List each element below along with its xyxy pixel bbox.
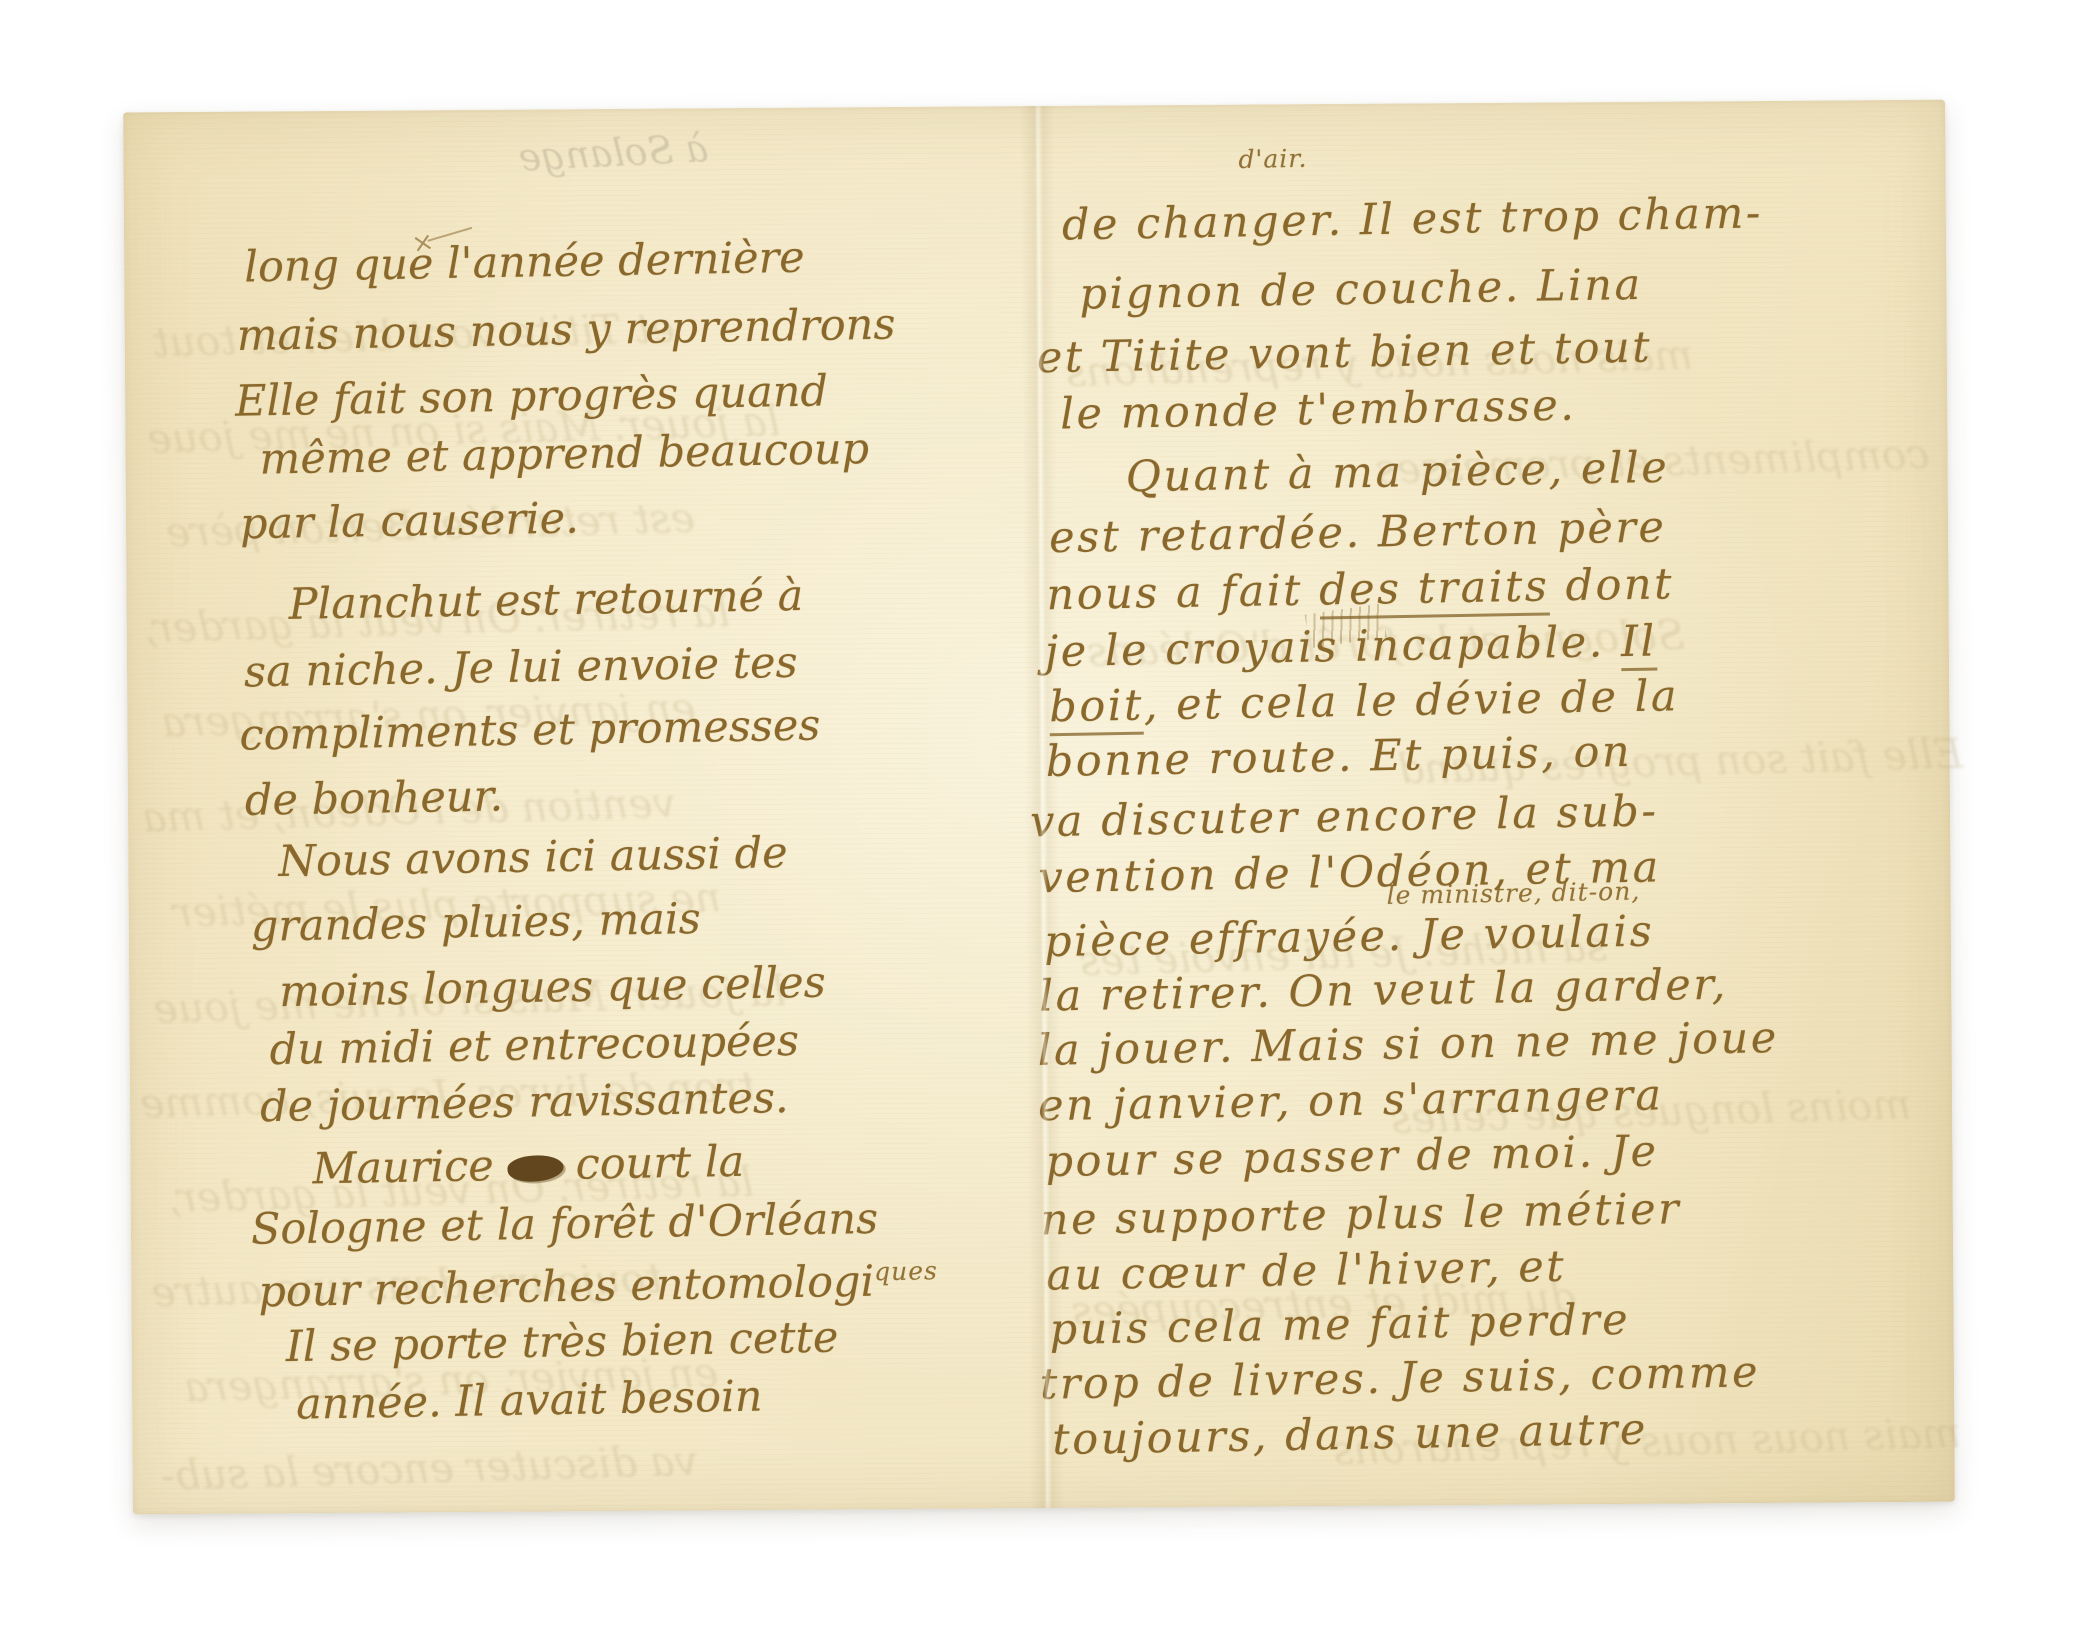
handwritten-line-left-13: du midi et entrecoupées [269, 1020, 799, 1072]
handwritten-line-left-9: de bonheur. [245, 775, 504, 822]
word-entomologiques: pour recherches entomologi [258, 1257, 875, 1318]
pencil-inscription-mirrored: à Solange [517, 126, 709, 180]
handwritten-line-right-1: de changer. Il est trop cham- [1062, 192, 1764, 247]
handwritten-line-right-22: toujours, dans une autre [1052, 1409, 1648, 1462]
handwritten-line-right-8: je le croyais incapable. Il [1045, 620, 1658, 674]
photograph-background: et Titite vont bien et tout la jouer. Ma… [0, 0, 2085, 1633]
superscript-le-ministre: le ministre, dit-on, [1386, 878, 1640, 907]
handwritten-line-right-18: ne supporte plus le métier [1041, 1188, 1682, 1242]
letter-page-spread: et Titite vont bien et tout la jouer. Ma… [123, 100, 1955, 1515]
handwritten-line-left-1: long que l'année dernière [244, 237, 805, 290]
showthrough-line: va discuter encore la sub- [160, 1441, 698, 1497]
handwritten-line-left-19: année. Il avait besoin [296, 1376, 763, 1427]
handwritten-line-left-16: Sologne et la forêt d'Orléans [251, 1198, 879, 1252]
handwritten-line-left-3: Elle fait son progrès quand [235, 370, 829, 423]
handwritten-line-right-15: la jouer. Mais si on ne me joue [1037, 1017, 1779, 1073]
handwritten-line-left-10: Nous avons ici aussi de [278, 832, 788, 884]
handwritten-line-left-7: sa niche. Je lui envoie tes [244, 642, 798, 695]
handwritten-line-left-17: pour recherches entomologiques [258, 1258, 938, 1314]
words-nous-a-fait: nous a fait [1046, 565, 1319, 620]
superscript-ques: ques [874, 1256, 938, 1286]
words-et-cela: , et cela le dévie de la [1143, 671, 1679, 730]
words-je-le-croyais: je le croyais incapable. [1044, 617, 1621, 677]
handwritten-line-right-5: Quant à ma pièce, elle [1125, 447, 1669, 499]
handwritten-line-right-9: boit, et cela le dévie de la [1049, 675, 1679, 729]
underlined-il: Il [1621, 616, 1658, 671]
handwritten-line-right-2: pignon de couche. Lina [1079, 264, 1643, 317]
handwritten-line-right-16: en janvier, on s'arrangera [1038, 1074, 1664, 1128]
handwritten-line-left-2: mais nous nous y reprendrons [236, 304, 895, 358]
word-dont: dont [1549, 559, 1674, 611]
word-maurice: Maurice [312, 1141, 494, 1194]
handwritten-line-left-14: de journées ravissantes. [260, 1077, 789, 1129]
handwritten-line-right-4: le monde t'embrasse. [1060, 385, 1577, 437]
handwritten-line-right-7: nous a fait des traits dont [1046, 563, 1674, 617]
handwritten-line-right-19: au cœur de l'hiver, et [1046, 1246, 1566, 1298]
underlined-boit: boit [1049, 681, 1144, 737]
handwritten-line-right-10: bonne route. Et puis, on [1045, 731, 1632, 784]
handwritten-line-left-4: même et apprend beaucoup [259, 428, 869, 482]
handwritten-line-right-6: est retardée. Berton père [1049, 506, 1667, 560]
handwritten-line-right-3: et Titite vont bien et tout [1037, 326, 1653, 380]
handwritten-line-left-15: Mauricecourt la [312, 1141, 744, 1192]
handwritten-line-left-18: Il se porte très bien cette [285, 1317, 838, 1370]
handwritten-line-left-12: moins longues que celles [279, 962, 826, 1015]
handwritten-line-right-21: trop de livres. Je suis, comme [1040, 1351, 1761, 1407]
handwritten-line-right-11: va discuter encore la sub- [1030, 790, 1659, 844]
handwritten-line-right-17: pour se passer de moi. Je [1045, 1130, 1659, 1184]
handwritten-line-right-14: la retirer. On veut la garder, [1039, 964, 1728, 1019]
superscript-d-air: d'air. [1238, 146, 1307, 172]
underlined-des-traits: des traits [1319, 561, 1550, 619]
handwritten-line-right-20: puis cela me fait perdre [1049, 1299, 1630, 1352]
handwritten-line-left-5: par la causerie. [240, 497, 579, 546]
handwritten-line-left-11: grandes pluies, mais [250, 898, 701, 949]
handwritten-line-right-13: pièce effrayée. Je voulais [1044, 911, 1655, 965]
words-court-la: court la [575, 1137, 744, 1190]
handwritten-line-left-8: compliments et promesses [239, 704, 821, 757]
handwritten-line-left-6: Planchut est retourné à [288, 575, 803, 627]
ink-blot [507, 1153, 565, 1185]
